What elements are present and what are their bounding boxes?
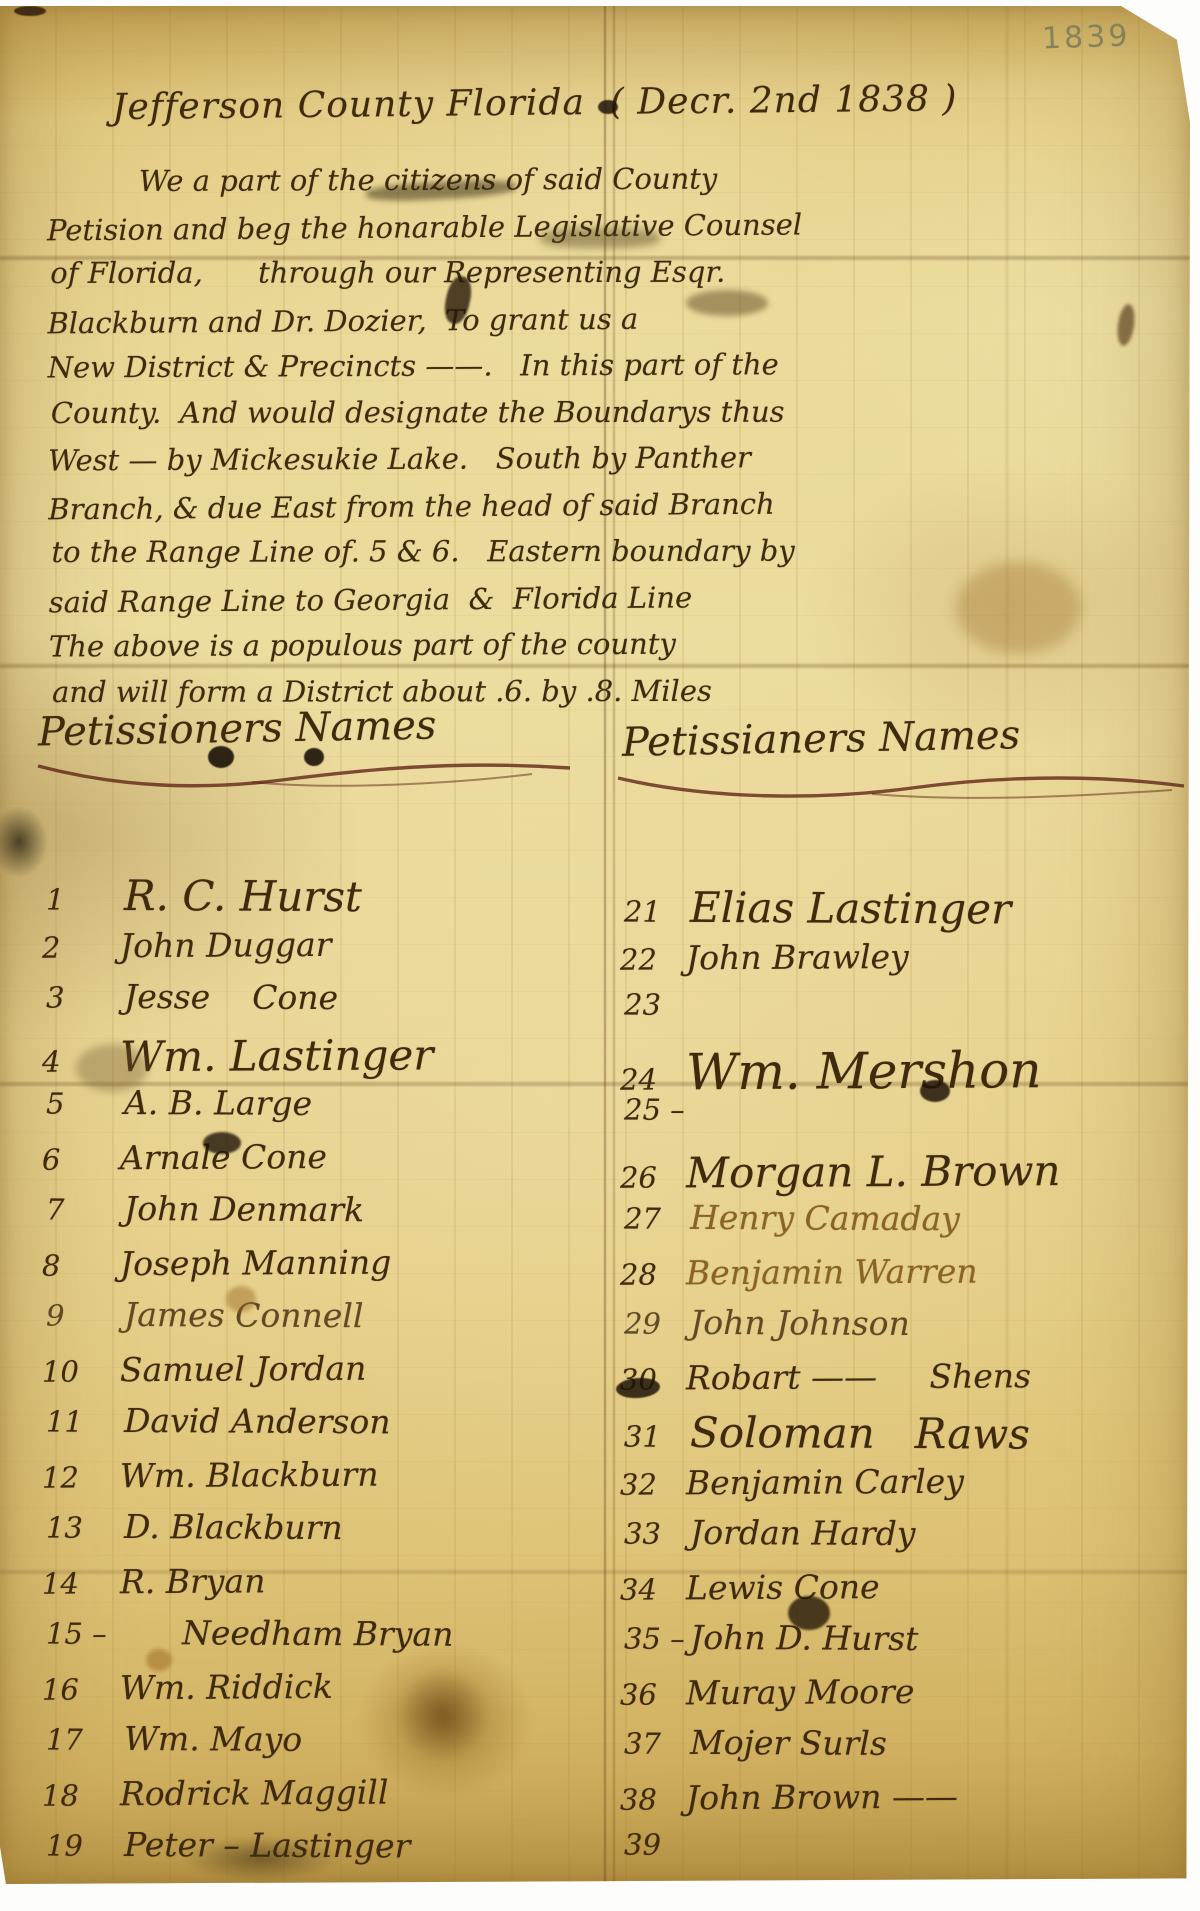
petition-line: of Florida, through our Representing Esq… bbox=[50, 248, 1170, 296]
signature-name: Joseph Manning bbox=[120, 1243, 392, 1284]
signature-number: 13 bbox=[46, 1511, 124, 1545]
signature-number: 12 bbox=[42, 1460, 120, 1494]
signature-number: 36 bbox=[620, 1677, 686, 1711]
right-column-header: Petissianers Names bbox=[622, 712, 1021, 766]
signature-number: 18 bbox=[42, 1778, 120, 1812]
signature-row: 38John Brown —— bbox=[620, 1775, 1195, 1831]
signature-number: 9 bbox=[46, 1299, 124, 1333]
signature-name: John Duggar bbox=[120, 925, 332, 965]
signature-number: 33 bbox=[624, 1517, 690, 1551]
signature-number: 3 bbox=[46, 981, 124, 1015]
signature-name: John Brown —— bbox=[686, 1776, 958, 1817]
signature-name: Needham Bryan bbox=[124, 1613, 454, 1654]
signature-name: Wm. Blackburn bbox=[120, 1455, 379, 1496]
signature-name: Morgan L. Brown bbox=[686, 1146, 1061, 1197]
petition-line: Blackburn and Dr. Dozier, To grant us a bbox=[47, 291, 1167, 346]
signature-name: John Johnson bbox=[690, 1303, 910, 1343]
signature-row: 8Joseph Manning bbox=[42, 1241, 602, 1297]
underline-flourish bbox=[612, 766, 1190, 804]
signature-name: Wm. Mershon bbox=[686, 1041, 1042, 1101]
petition-text: We a part of the citizens of said County… bbox=[47, 154, 1169, 717]
signature-number: 24 bbox=[620, 1062, 686, 1096]
signature-row: 37Mojer Surls bbox=[624, 1723, 1199, 1779]
petition-line: Petision and beg the honarable Legislati… bbox=[47, 198, 1167, 253]
signature-name: Benjamin Warren bbox=[686, 1251, 978, 1292]
petition-line: County. And would designate the Boundary… bbox=[51, 388, 1171, 436]
underline-flourish bbox=[32, 756, 577, 792]
signature-name: A. B. Large bbox=[124, 1083, 312, 1123]
signature-row: 9James Connell bbox=[46, 1295, 606, 1351]
signature-number: 2 bbox=[42, 930, 120, 964]
signature-row: 24Wm. Mershon bbox=[620, 1040, 1195, 1096]
signature-name: Jesse Cone bbox=[124, 977, 338, 1017]
signature-row: 1R. C. Hurst bbox=[46, 871, 606, 927]
signature-name: Muray Moore bbox=[686, 1671, 915, 1711]
signature-number: 6 bbox=[42, 1142, 120, 1176]
signature-number: 14 bbox=[42, 1566, 120, 1600]
signature-row: 22John Brawley bbox=[620, 935, 1195, 991]
signature-number: 34 bbox=[620, 1572, 686, 1606]
signature-row: 15 –Needham Bryan bbox=[46, 1613, 606, 1669]
signature-row: 11David Anderson bbox=[46, 1401, 606, 1457]
signature-row: 16Wm. Riddick bbox=[42, 1665, 602, 1721]
signature-row: 7John Denmark bbox=[46, 1189, 606, 1245]
paper-sheet: 1839 Jefferson County Florida ( Decr. 2n… bbox=[0, 6, 1190, 1884]
signature-name: Robart —— Shens bbox=[686, 1356, 1031, 1397]
signature-number: 28 bbox=[620, 1257, 686, 1291]
signature-row: 27Henry Camaday bbox=[624, 1198, 1199, 1254]
signature-number: 26 bbox=[620, 1160, 686, 1194]
petition-line: said Range Line to Georgia & Florida Lin… bbox=[49, 570, 1169, 625]
edge-mark bbox=[14, 6, 46, 16]
signature-number: 23 bbox=[624, 988, 690, 1022]
petition-line: to the Range Line of. 5 & 6. Eastern bou… bbox=[51, 527, 1171, 575]
signature-name: Arnale Cone bbox=[120, 1137, 327, 1177]
signature-row: 3Jesse Cone bbox=[46, 977, 606, 1033]
signature-row: 31Soloman Raws bbox=[624, 1408, 1199, 1464]
signature-row: 30Robart —— Shens bbox=[620, 1355, 1195, 1411]
signature-number: 10 bbox=[42, 1354, 120, 1388]
signature-row: 17Wm. Mayo bbox=[46, 1719, 606, 1775]
signature-row: 26Morgan L. Brown bbox=[620, 1145, 1195, 1201]
signature-name: R. Bryan bbox=[120, 1561, 266, 1601]
signature-name: Benjamin Carley bbox=[686, 1461, 964, 1502]
left-signature-column: 1R. C. Hurst2John Duggar3Jesse Cone4Wm. … bbox=[42, 872, 602, 1879]
signature-row: 14R. Bryan bbox=[42, 1559, 602, 1615]
signature-name: John Brawley bbox=[686, 936, 909, 976]
petition-line: The above is a populous part of the coun… bbox=[49, 619, 1169, 670]
signature-row: 35 –John D. Hurst bbox=[624, 1618, 1199, 1674]
signature-number: 11 bbox=[46, 1405, 124, 1439]
petition-line: We a part of the citizens of said County bbox=[47, 154, 1167, 205]
document-scan: 1839 Jefferson County Florida ( Decr. 2n… bbox=[0, 0, 1200, 1911]
signature-number: 37 bbox=[624, 1727, 690, 1761]
signature-row: 4Wm. Lastinger bbox=[42, 1029, 602, 1085]
signature-row: 32Benjamin Carley bbox=[620, 1460, 1195, 1516]
signature-name: David Anderson bbox=[124, 1401, 391, 1441]
signature-number: 15 – bbox=[46, 1617, 124, 1651]
signature-number: 22 bbox=[620, 942, 686, 976]
petition-line: New District & Precincts ——. In this par… bbox=[48, 340, 1168, 391]
petition-line: Branch, & due East from the head of said… bbox=[48, 477, 1168, 532]
signature-name: Wm. Lastinger bbox=[120, 1030, 434, 1081]
signature-row: 10Samuel Jordan bbox=[42, 1347, 602, 1403]
signature-number: 1 bbox=[46, 883, 124, 917]
signature-name: Mojer Surls bbox=[690, 1723, 887, 1763]
signature-row: 25 – bbox=[624, 1093, 1199, 1149]
signature-number: 35 – bbox=[624, 1622, 690, 1656]
place-date-heading: Jefferson County Florida ( Decr. 2nd 183… bbox=[112, 77, 1092, 128]
signature-number: 4 bbox=[42, 1044, 120, 1078]
signature-row: 2John Duggar bbox=[42, 923, 602, 979]
signature-name: Rodrick Maggill bbox=[120, 1773, 389, 1814]
signature-row: 23 bbox=[624, 988, 1199, 1044]
petition-line: West — by Mickesukie Lake. South by Pant… bbox=[48, 433, 1168, 484]
signature-row: 12Wm. Blackburn bbox=[42, 1453, 602, 1509]
signature-row: 21Elias Lastinger bbox=[624, 883, 1199, 939]
signature-number: 7 bbox=[46, 1193, 124, 1227]
signature-row: 34Lewis Cone bbox=[620, 1565, 1195, 1621]
signature-number: 17 bbox=[46, 1723, 124, 1757]
signature-number: 31 bbox=[624, 1420, 690, 1454]
signature-number: 32 bbox=[620, 1467, 686, 1501]
signature-number: 16 bbox=[42, 1672, 120, 1706]
signature-name: R. C. Hurst bbox=[124, 871, 362, 921]
signature-row: 28Benjamin Warren bbox=[620, 1250, 1195, 1306]
signature-row: 29John Johnson bbox=[624, 1303, 1199, 1359]
signature-name: Henry Camaday bbox=[690, 1198, 960, 1238]
signature-number: 30 bbox=[620, 1362, 686, 1396]
signature-row: 36Muray Moore bbox=[620, 1670, 1195, 1726]
signature-row: 6Arnale Cone bbox=[42, 1135, 602, 1191]
signature-number: 21 bbox=[624, 895, 690, 929]
signature-row: 39 bbox=[624, 1828, 1199, 1884]
signature-name: Wm. Riddick bbox=[120, 1667, 333, 1707]
signature-row: 5A. B. Large bbox=[46, 1083, 606, 1139]
signature-row: 19Peter – Lastinger bbox=[46, 1825, 606, 1881]
signature-name: Wm. Mayo bbox=[124, 1719, 302, 1759]
signature-name: Lewis Cone bbox=[686, 1567, 880, 1607]
signature-number: 8 bbox=[42, 1248, 120, 1282]
signature-number: 29 bbox=[624, 1307, 690, 1341]
signature-number: 27 bbox=[624, 1202, 690, 1236]
signature-name: John Denmark bbox=[124, 1189, 364, 1229]
signature-name: Peter – Lastinger bbox=[124, 1825, 411, 1865]
signature-name: John D. Hurst bbox=[690, 1618, 919, 1658]
signature-number: 38 bbox=[620, 1782, 686, 1816]
right-signature-column: 21Elias Lastinger22John Brawley2324Wm. M… bbox=[620, 884, 1195, 1882]
pencil-year-annotation: 1839 bbox=[1041, 18, 1131, 56]
signature-number: 39 bbox=[624, 1828, 690, 1862]
signature-name: James Connell bbox=[124, 1295, 364, 1335]
signature-row: 18Rodrick Maggill bbox=[42, 1771, 602, 1827]
signature-name: Soloman Raws bbox=[690, 1408, 1030, 1459]
signature-name: D. Blackburn bbox=[124, 1507, 343, 1547]
left-column-header: Petissioners Names bbox=[38, 703, 437, 756]
signature-number: 19 bbox=[46, 1829, 124, 1863]
signature-row: 13D. Blackburn bbox=[46, 1507, 606, 1563]
signature-name: Elias Lastinger bbox=[690, 883, 1011, 934]
signature-name: Jordan Hardy bbox=[690, 1513, 916, 1553]
signature-number: 25 – bbox=[624, 1093, 690, 1127]
signature-name: Samuel Jordan bbox=[120, 1349, 367, 1390]
signature-row: 33Jordan Hardy bbox=[624, 1513, 1199, 1569]
signature-number: 5 bbox=[46, 1087, 124, 1121]
stain bbox=[0, 806, 48, 878]
